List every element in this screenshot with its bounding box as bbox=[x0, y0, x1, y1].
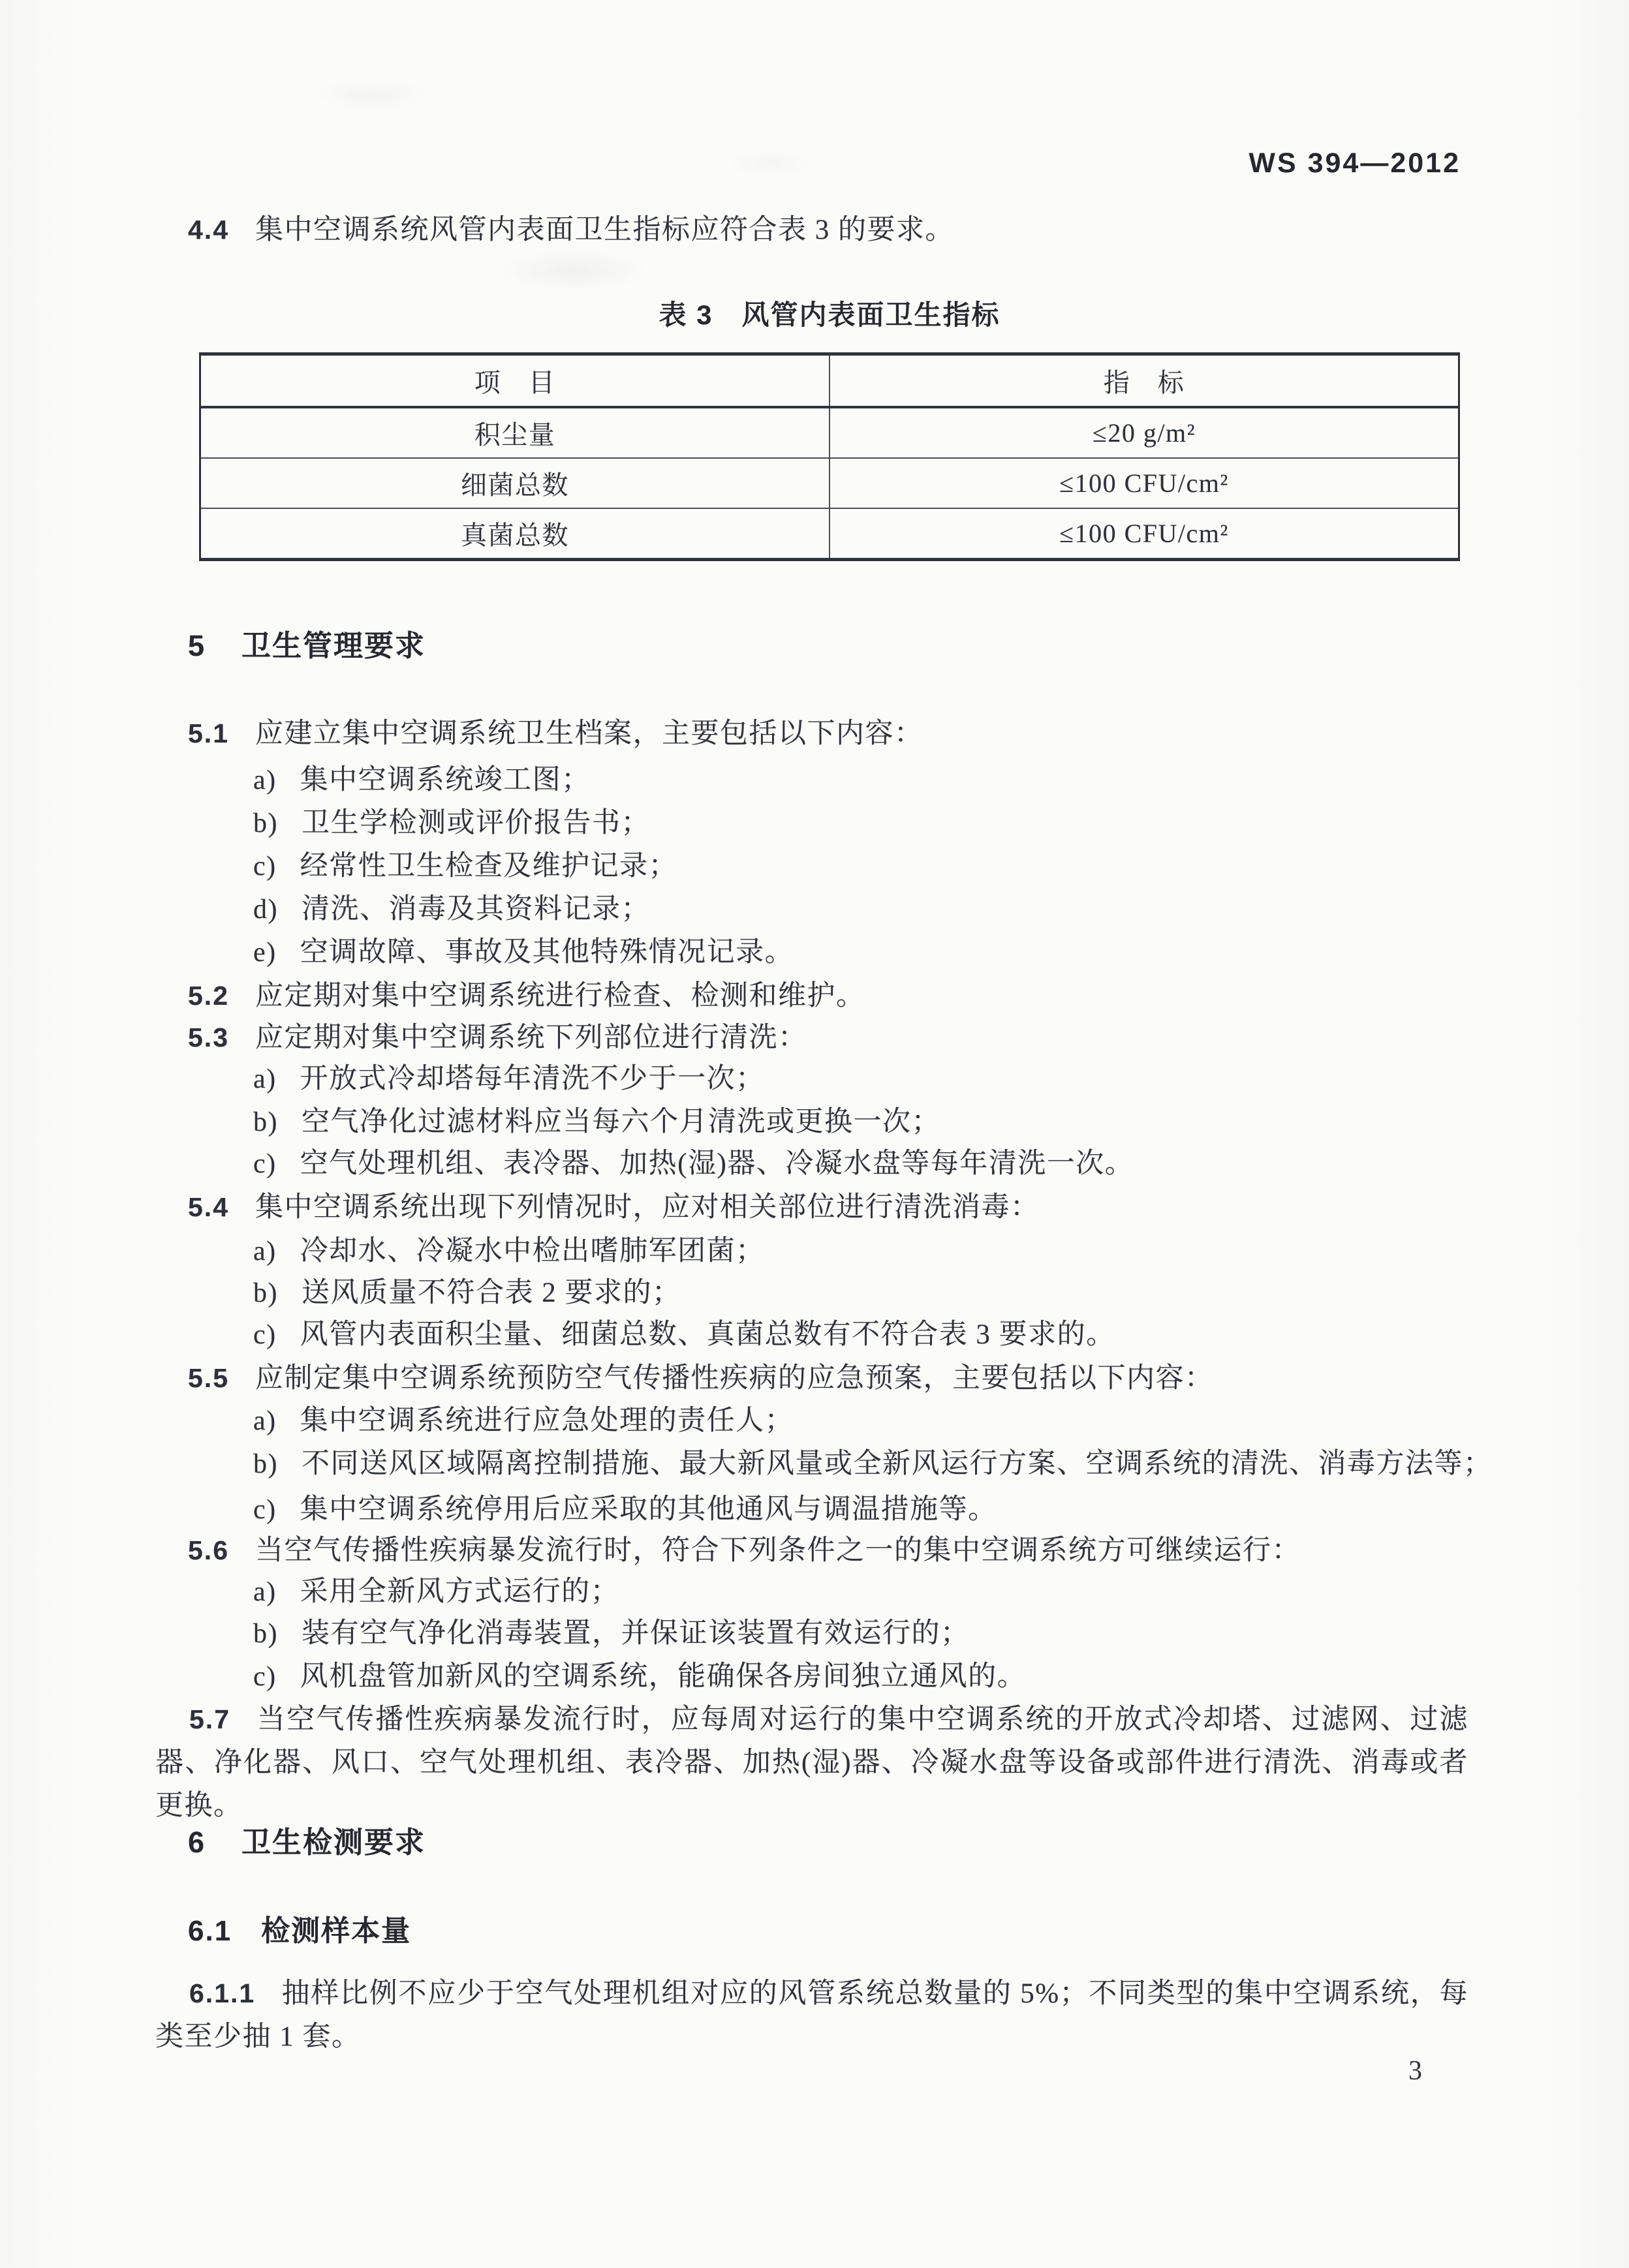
clause-5-1-number: 5.1 bbox=[188, 718, 229, 748]
section-5-title: 卫生管理要求 bbox=[241, 629, 426, 662]
list-item-letter: b) bbox=[253, 1278, 278, 1308]
clause-4-4: 4.4集中空调系统风管内表面卫生指标应符合表 3 的要求。 bbox=[188, 213, 954, 247]
list-item: c)风管内表面积尘量、细菌总数、真菌总数有不符合表 3 要求的。 bbox=[253, 1318, 1115, 1352]
list-item-text: 空气处理机组、表冷器、加热(湿)器、冷凝水盘等每年清洗一次。 bbox=[300, 1148, 1134, 1179]
clause-5-6: 5.6当空气传播性疾病暴发流行时，符合下列条件之一的集中空调系统方可继续运行： bbox=[188, 1533, 1301, 1568]
clause-5-7: 5.7当空气传播性疾病暴发流行时，应每周对运行的集中空调系统的开放式冷却塔、过滤… bbox=[155, 1698, 1468, 1828]
clause-5-6-number: 5.6 bbox=[188, 1535, 229, 1565]
table-cell-value: ≤20 g/m² bbox=[830, 407, 1459, 458]
list-item-text: 装有空气净化消毒装置，并保证该装置有效运行的； bbox=[302, 1618, 970, 1649]
clause-5-1-text: 应建立集中空调系统卫生档案，主要包括以下内容： bbox=[255, 718, 923, 749]
clause-5-2-text: 应定期对集中空调系统进行检查、检测和维护。 bbox=[255, 981, 865, 1011]
list-item: b)卫生学检测或评价报告书； bbox=[253, 806, 650, 840]
list-item-text: 风管内表面积尘量、细菌总数、真菌总数有不符合表 3 要求的。 bbox=[300, 1319, 1115, 1350]
document-page: WS 394—2012 4.4集中空调系统风管内表面卫生指标应符合表 3 的要求… bbox=[0, 0, 1629, 2268]
list-item-letter: c) bbox=[253, 1662, 277, 1692]
table-row: 积尘量 ≤20 g/m² bbox=[200, 407, 1459, 458]
list-item: b)装有空气净化消毒装置，并保证该装置有效运行的； bbox=[253, 1617, 970, 1651]
section-5-heading: 5卫生管理要求 bbox=[188, 629, 426, 663]
section-6-1-heading: 6.1检测样本量 bbox=[188, 1914, 411, 1948]
table-3-col-header-value: 指 标 bbox=[830, 354, 1459, 408]
clause-5-5: 5.5应制定集中空调系统预防空气传播性疾病的应急预案，主要包括以下内容： bbox=[188, 1361, 1214, 1396]
section-6-heading: 6卫生检测要求 bbox=[188, 1826, 426, 1860]
table-cell-item: 真菌总数 bbox=[200, 508, 830, 560]
table-3-col-header-item: 项 目 bbox=[200, 354, 830, 408]
list-item-letter: c) bbox=[253, 851, 277, 881]
list-item: e)空调故障、事故及其他特殊情况记录。 bbox=[253, 936, 794, 970]
list-item-text: 集中空调系统进行应急处理的责任人； bbox=[300, 1405, 794, 1436]
list-item: c)空气处理机组、表冷器、加热(湿)器、冷凝水盘等每年清洗一次。 bbox=[253, 1147, 1134, 1181]
list-item-letter: c) bbox=[253, 1320, 277, 1350]
table-3: 项 目 指 标 积尘量 ≤20 g/m² 细菌总数 ≤100 CFU/cm² 真… bbox=[199, 352, 1460, 561]
list-item-text: 空调故障、事故及其他特殊情况记录。 bbox=[300, 937, 794, 968]
list-item-letter: c) bbox=[253, 1149, 277, 1179]
clause-5-5-text: 应制定集中空调系统预防空气传播性疾病的应急预案，主要包括以下内容： bbox=[255, 1363, 1214, 1394]
list-item: a)集中空调系统竣工图； bbox=[253, 763, 591, 797]
list-item: a)冷却水、冷凝水中检出嗜肺军团菌； bbox=[253, 1234, 765, 1268]
list-item: a)集中空调系统进行应急处理的责任人； bbox=[253, 1404, 794, 1438]
list-item: a)采用全新风方式运行的； bbox=[253, 1575, 619, 1609]
list-item-letter: b) bbox=[253, 1107, 278, 1137]
list-item-letter: a) bbox=[253, 1406, 277, 1436]
table-cell-value: ≤100 CFU/cm² bbox=[830, 508, 1459, 560]
section-6-title: 卫生检测要求 bbox=[241, 1826, 426, 1859]
list-item: a)开放式冷却塔每年清洗不少于一次； bbox=[253, 1062, 765, 1096]
list-item-text: 集中空调系统竣工图； bbox=[300, 765, 591, 795]
table-3-header-row: 项 目 指 标 bbox=[200, 354, 1459, 408]
list-item-text: 开放式冷却塔每年清洗不少于一次； bbox=[300, 1064, 765, 1094]
page-number: 3 bbox=[1408, 2055, 1422, 2087]
clause-5-2-number: 5.2 bbox=[188, 981, 229, 1011]
list-item-text: 经常性卫生检查及维护记录； bbox=[300, 851, 678, 881]
section-6-number: 6 bbox=[188, 1826, 206, 1859]
list-item-text: 清洗、消毒及其资料记录； bbox=[302, 894, 650, 925]
clause-5-6-text: 当空气传播性疾病暴发流行时，符合下列条件之一的集中空调系统方可继续运行： bbox=[255, 1535, 1301, 1566]
list-item-text: 风机盘管加新风的空调系统，能确保各房间独立通风的。 bbox=[300, 1661, 1027, 1692]
table-cell-value: ≤100 CFU/cm² bbox=[830, 458, 1459, 508]
list-item-letter: b) bbox=[253, 1619, 278, 1649]
list-item: b)不同送风区域隔离控制措施、最大新风量或全新风运行方案、空调系统的清洗、消毒方… bbox=[253, 1447, 1493, 1481]
section-6-1-number: 6.1 bbox=[188, 1915, 232, 1947]
list-item-letter: b) bbox=[253, 1449, 278, 1479]
section-5-number: 5 bbox=[188, 629, 206, 662]
list-item: b)空气净化过滤材料应当每六个月清洗或更换一次； bbox=[253, 1105, 940, 1139]
clause-4-4-text: 集中空调系统风管内表面卫生指标应符合表 3 的要求。 bbox=[255, 215, 954, 245]
clause-5-3-number: 5.3 bbox=[188, 1022, 229, 1052]
table-cell-item: 积尘量 bbox=[200, 407, 830, 458]
clause-5-4: 5.4集中空调系统出现下列情况时，应对相关部位进行清洗消毒： bbox=[188, 1190, 1040, 1225]
list-item-text: 集中空调系统停用后应采取的其他通风与调温措施等。 bbox=[300, 1494, 997, 1525]
table-cell-item: 细菌总数 bbox=[200, 458, 830, 508]
list-item: c)经常性卫生检查及维护记录； bbox=[253, 850, 677, 883]
clause-6-1-1-text: 抽样比例不应少于空气处理机组对应的风管系统总数量的 5%；不同类型的集中空调系统… bbox=[155, 1978, 1468, 2052]
clause-5-2: 5.2应定期对集中空调系统进行检查、检测和维护。 bbox=[188, 979, 865, 1013]
list-item: c)风机盘管加新风的空调系统，能确保各房间独立通风的。 bbox=[253, 1660, 1026, 1694]
list-item-text: 送风质量不符合表 2 要求的； bbox=[302, 1278, 681, 1308]
list-item-letter: c) bbox=[253, 1495, 277, 1525]
list-item-text: 采用全新风方式运行的； bbox=[300, 1576, 620, 1607]
clause-6-1-1: 6.1.1抽样比例不应少于空气处理机组对应的风管系统总数量的 5%；不同类型的集… bbox=[155, 1972, 1468, 2059]
clause-4-4-number: 4.4 bbox=[188, 215, 229, 245]
clause-5-5-number: 5.5 bbox=[188, 1363, 229, 1393]
list-item-letter: e) bbox=[253, 938, 277, 968]
table-3-caption: 表 3 风管内表面卫生指标 bbox=[199, 294, 1460, 333]
list-item: d)清洗、消毒及其资料记录； bbox=[253, 893, 650, 927]
list-item-text: 冷却水、冷凝水中检出嗜肺军团菌； bbox=[300, 1236, 765, 1266]
table-row: 细菌总数 ≤100 CFU/cm² bbox=[200, 458, 1459, 508]
list-item-text: 不同送风区域隔离控制措施、最大新风量或全新风运行方案、空调系统的清洗、消毒方法等… bbox=[302, 1448, 1493, 1479]
clause-5-4-number: 5.4 bbox=[188, 1192, 229, 1222]
list-item: c)集中空调系统停用后应采取的其他通风与调温措施等。 bbox=[253, 1493, 997, 1527]
list-item-letter: a) bbox=[253, 1577, 277, 1607]
clause-5-1: 5.1应建立集中空调系统卫生档案，主要包括以下内容： bbox=[188, 716, 923, 751]
section-6-1-title: 检测样本量 bbox=[261, 1915, 411, 1947]
clause-5-3: 5.3应定期对集中空调系统下列部位进行清洗： bbox=[188, 1020, 807, 1055]
list-item-letter: a) bbox=[253, 765, 277, 795]
clause-5-7-text: 当空气传播性疾病暴发流行时，应每周对运行的集中空调系统的开放式冷却塔、过滤网、过… bbox=[155, 1704, 1468, 1821]
table-row: 真菌总数 ≤100 CFU/cm² bbox=[200, 508, 1459, 560]
list-item-letter: a) bbox=[253, 1236, 277, 1266]
clause-5-3-text: 应定期对集中空调系统下列部位进行清洗： bbox=[255, 1022, 807, 1053]
list-item-letter: d) bbox=[253, 895, 278, 925]
list-item-text: 卫生学检测或评价报告书； bbox=[302, 808, 650, 838]
list-item-letter: b) bbox=[253, 808, 278, 838]
list-item: b)送风质量不符合表 2 要求的； bbox=[253, 1276, 681, 1310]
list-item-letter: a) bbox=[253, 1064, 277, 1094]
clause-5-7-number: 5.7 bbox=[189, 1704, 230, 1734]
clause-6-1-1-number: 6.1.1 bbox=[189, 1978, 255, 2008]
standard-code: WS 394—2012 bbox=[1249, 147, 1461, 179]
list-item-text: 空气净化过滤材料应当每六个月清洗或更换一次； bbox=[302, 1107, 940, 1137]
clause-5-4-text: 集中空调系统出现下列情况时，应对相关部位进行清洗消毒： bbox=[255, 1192, 1040, 1223]
